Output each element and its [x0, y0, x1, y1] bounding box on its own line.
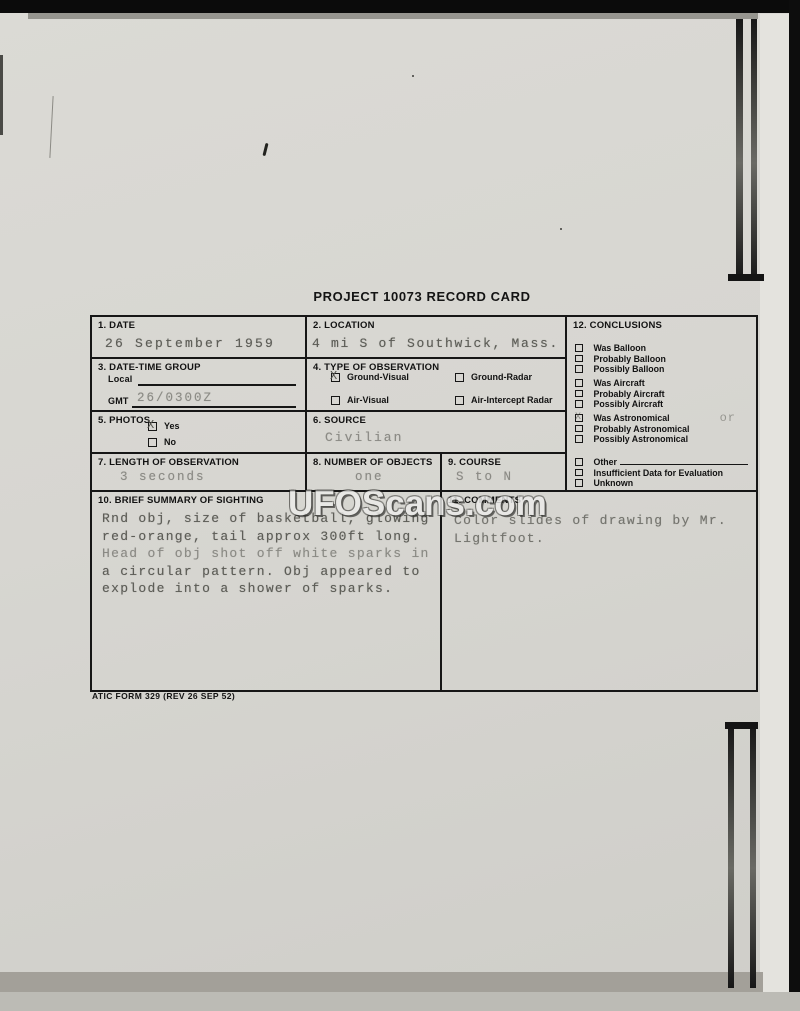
option-air-intercept-radar: Air-Intercept Radar — [455, 395, 553, 405]
checkbox — [575, 469, 583, 477]
conclusion-was-astronomical: X Was Astronomical or — [575, 413, 750, 423]
conclusion-unknown: Unknown — [575, 478, 750, 488]
binding-mark-bottom-right — [728, 722, 756, 988]
summary-line: explode into a shower of sparks. — [102, 580, 430, 598]
gmt-label: GMT — [108, 396, 129, 406]
film-edge-top — [0, 0, 800, 13]
source-cell: 6. SOURCE Civilian — [307, 412, 565, 452]
location-label: 2. LOCATION — [313, 320, 375, 331]
conclusion-probably-astronomical: Probably Astronomical — [575, 424, 750, 434]
option-label: Ground-Visual — [347, 372, 409, 382]
conclusion-label: Insufficient Data for Evaluation — [594, 468, 724, 478]
conclusion-probably-aircraft: Probably Aircraft — [575, 389, 750, 399]
binding-mark-top-right — [736, 19, 758, 281]
conclusion-insufficient-data: Insufficient Data for Evaluation — [575, 468, 750, 478]
course-value: S to N — [456, 470, 513, 484]
conclusion-possibly-aircraft: Possibly Aircraft — [575, 399, 750, 409]
checkbox — [575, 435, 583, 443]
checkbox: X — [575, 414, 583, 422]
source-label: 6. SOURCE — [313, 415, 366, 426]
conclusion-label: Probably Aircraft — [594, 389, 665, 399]
option-ground-visual: X Ground-Visual — [331, 372, 409, 382]
option-label: Air-Visual — [347, 395, 389, 405]
source-value: Civilian — [325, 430, 403, 445]
dust-speck — [412, 75, 414, 77]
conclusion-was-balloon: Was Balloon — [575, 343, 750, 353]
option-label: No — [164, 437, 176, 447]
number-of-objects-label: 8. NUMBER OF OBJECTS — [313, 457, 433, 468]
summary-line: red-orange, tail approx 300ft long. — [102, 528, 430, 546]
conclusion-label: Probably Balloon — [594, 354, 666, 364]
ground-visual-checkbox: X — [331, 373, 340, 382]
photos-cell: 5. PHOTOS X Yes No — [92, 412, 305, 452]
conclusion-label: Was Astronomical — [594, 413, 670, 423]
gmt-blank-line — [132, 406, 296, 408]
conclusions-cell: 12. CONCLUSIONS Was Balloon Probably Bal… — [567, 317, 754, 490]
photos-label: 5. PHOTOS — [98, 415, 150, 426]
checkbox-mark: X — [575, 412, 581, 423]
location-value: 4 mi S of Southwick, Mass. — [312, 336, 559, 351]
checkbox-mark: X — [330, 369, 337, 383]
date-label: 1. DATE — [98, 320, 135, 331]
number-of-objects-value: one — [355, 470, 384, 484]
summary-line: Head of obj shot off white sparks in — [102, 545, 430, 563]
option-photos-no: No — [148, 437, 176, 447]
date-cell: 1. DATE 26 September 1959 — [92, 317, 305, 357]
location-cell: 2. LOCATION 4 mi S of Southwick, Mass. — [307, 317, 565, 357]
conclusion-label: Possibly Aircraft — [594, 399, 664, 409]
conclusion-label: Probably Astronomical — [594, 424, 690, 434]
option-label: Ground-Radar — [471, 372, 532, 382]
gmt-value: 26/0300Z — [137, 391, 213, 405]
card-title: PROJECT 10073 RECORD CARD — [90, 289, 754, 304]
option-label: Yes — [164, 421, 180, 431]
checkbox — [575, 355, 583, 363]
option-ground-radar: Ground-Radar — [455, 372, 532, 382]
conclusion-possibly-astronomical: Possibly Astronomical — [575, 434, 750, 444]
conclusions-label: 12. CONCLUSIONS — [573, 320, 662, 331]
local-blank-line — [138, 384, 296, 386]
conclusion-label: Was Balloon — [594, 343, 646, 353]
date-time-group-cell: 3. DATE-TIME GROUP Local GMT 26/0300Z — [92, 359, 305, 410]
conclusion-label: Other — [594, 457, 617, 467]
scratch-mark — [49, 96, 53, 158]
watermark: UFOScans.com — [288, 484, 547, 524]
checkbox — [575, 458, 583, 466]
photos-no-checkbox — [148, 438, 157, 447]
summary-label: 10. BRIEF SUMMARY OF SIGHTING — [98, 495, 264, 506]
checkbox — [575, 365, 583, 373]
air-visual-checkbox — [331, 396, 340, 405]
other-blank-line — [620, 464, 748, 465]
date-time-group-label: 3. DATE-TIME GROUP — [98, 362, 201, 373]
option-photos-yes: X Yes — [148, 421, 180, 431]
checkbox — [575, 390, 583, 398]
ink-mark — [262, 143, 268, 156]
film-edge-bottom — [0, 992, 800, 1011]
scanned-document-page: PROJECT 10073 RECORD CARD 1. DATE 26 Sep… — [0, 0, 800, 1011]
course-label: 9. COURSE — [448, 457, 501, 468]
local-label: Local — [108, 374, 133, 384]
length-of-observation-cell: 7. LENGTH OF OBSERVATION 3 seconds — [92, 454, 305, 490]
conclusion-label: Was Aircraft — [594, 378, 645, 388]
summary-line: a circular pattern. Obj appeared to — [102, 563, 430, 581]
air-intercept-radar-checkbox — [455, 396, 464, 405]
checkbox-mark: X — [147, 418, 154, 432]
form-number: ATIC FORM 329 (REV 26 SEP 52) — [92, 691, 235, 701]
conclusion-label: Unknown — [594, 478, 634, 488]
dust-speck — [560, 228, 562, 230]
length-of-observation-value: 3 seconds — [120, 470, 206, 484]
conclusion-was-aircraft: Was Aircraft — [575, 378, 750, 388]
checkbox — [575, 400, 583, 408]
comments-line: Lightfoot. — [454, 530, 727, 548]
checkbox — [575, 344, 583, 352]
conclusion-possibly-balloon: Possibly Balloon — [575, 364, 750, 374]
option-air-visual: Air-Visual — [331, 395, 389, 405]
conclusion-other: Other — [575, 457, 750, 467]
conclusion-label: Possibly Balloon — [594, 364, 665, 374]
ground-radar-checkbox — [455, 373, 464, 382]
conclusion-label: Possibly Astronomical — [594, 434, 689, 444]
paper-edge-shadow-bottom — [0, 972, 763, 992]
type-of-observation-cell: 4. TYPE OF OBSERVATION X Ground-Visual G… — [307, 359, 565, 410]
option-label: Air-Intercept Radar — [471, 395, 553, 405]
paper-edge-highlight-right — [760, 14, 789, 992]
film-edge-right — [789, 0, 800, 992]
checkbox — [575, 425, 583, 433]
length-of-observation-label: 7. LENGTH OF OBSERVATION — [98, 457, 239, 468]
checkbox — [575, 479, 583, 487]
checkbox — [575, 379, 583, 387]
film-edge-left — [0, 55, 3, 135]
paper-edge-shadow-top — [28, 13, 758, 19]
conclusion-probably-balloon: Probably Balloon — [575, 354, 750, 364]
date-value: 26 September 1959 — [105, 336, 275, 351]
photos-yes-checkbox: X — [148, 422, 157, 431]
